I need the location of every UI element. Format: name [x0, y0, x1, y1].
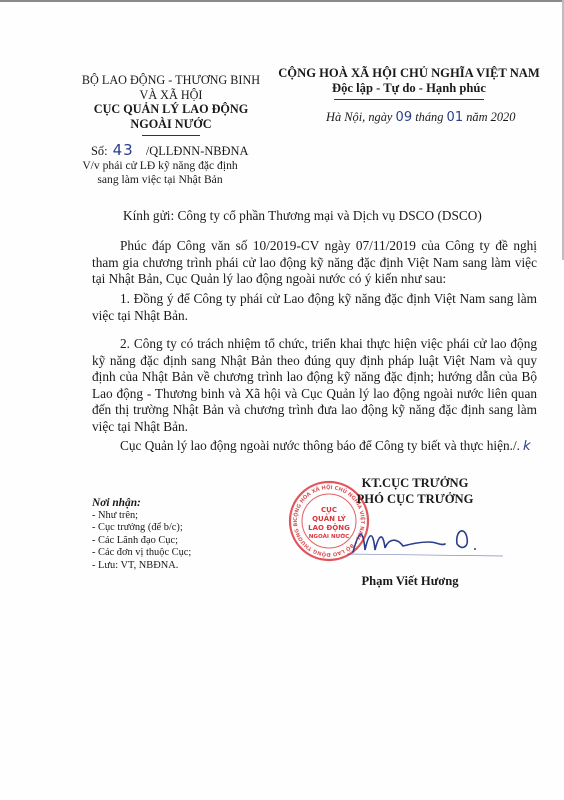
- document-page: BỘ LAO ĐỘNG - THƯƠNG BINH VÀ XÃ HỘI CỤC …: [0, 0, 564, 800]
- date-day-handwritten: 09: [396, 110, 413, 125]
- doc-number-suffix: /QLLĐNN-NBĐNA: [146, 144, 249, 158]
- closing-paragraph: Cục Quản lý lao động ngoài nước thông bá…: [92, 438, 537, 456]
- subject-line: V/v phái cử LĐ kỹ năng đặc định sang làm…: [80, 159, 240, 187]
- signature-title: KT.CỤC TRƯỞNG PHÓ CỤC TRƯỞNG: [330, 476, 500, 507]
- closing-text: Cục Quản lý lao động ngoài nước thông bá…: [120, 438, 520, 453]
- stamp-line-3: LAO ĐỘNG: [308, 523, 350, 532]
- distribution-list: Nơi nhận: - Như trên; - Cục trưởng (để b…: [92, 497, 191, 572]
- distribution-item: - Cục trưởng (để b/c);: [92, 522, 191, 534]
- distribution-item: - Các Lãnh đạo Cục;: [92, 535, 191, 547]
- body-closing: Cục Quản lý lao động ngoài nước thông bá…: [92, 438, 537, 462]
- doc-number-handwritten: 43: [113, 141, 134, 159]
- body-item-2: 2. Công ty có trách nhiệm tổ chức, triển…: [92, 336, 537, 442]
- item-2-paragraph: 2. Công ty có trách nhiệm tổ chức, triển…: [92, 336, 537, 436]
- agency-line-1: CỤC QUẢN LÝ LAO ĐỘNG: [78, 102, 264, 117]
- date-prefix: Hà Nội, ngày: [326, 110, 392, 124]
- signer-name: Phạm Viết Hương: [340, 574, 480, 589]
- document-number: Số: 43 /QLLĐNN-NBĐNA: [91, 141, 248, 159]
- signature-title-line-1: KT.CỤC TRƯỞNG: [330, 476, 500, 492]
- date-month-label: tháng: [415, 110, 443, 124]
- motto-underline: [334, 99, 484, 100]
- signature-title-line-2: PHÓ CỤC TRƯỞNG: [330, 492, 500, 508]
- body-intro: Phúc đáp Công văn số 10/2019-CV ngày 07/…: [92, 238, 537, 294]
- agency-line-2: NGOÀI NƯỚC: [78, 117, 264, 132]
- ministry-line-1: BỘ LAO ĐỘNG - THƯƠNG BINH: [78, 73, 264, 88]
- date-month-handwritten: 01: [447, 110, 464, 125]
- national-motto: Độc lập - Tự do - Hạnh phúc: [278, 81, 540, 96]
- nation-title: CỘNG HOÀ XÃ HỘI CHỦ NGHĨA VIỆT NAM: [278, 66, 540, 81]
- initial-mark: k: [523, 439, 531, 454]
- handwritten-signature-icon: [345, 520, 505, 560]
- intro-paragraph: Phúc đáp Công văn số 10/2019-CV ngày 07/…: [92, 238, 537, 288]
- stamp-line-1: CỤC: [321, 506, 337, 514]
- ministry-line-2: VÀ XÃ HỘI: [78, 88, 264, 103]
- date-line: Hà Nội, ngày 09 tháng 01 năm 2020: [326, 110, 515, 125]
- agency-underline: [142, 135, 200, 136]
- item-1-paragraph: 1. Đồng ý để Công ty phái cử Lao động kỹ…: [92, 291, 537, 324]
- distribution-title: Nơi nhận:: [92, 497, 191, 510]
- subject-line-1: V/v phái cử LĐ kỹ năng đặc định: [80, 159, 240, 173]
- issuing-agency-header: BỘ LAO ĐỘNG - THƯƠNG BINH VÀ XÃ HỘI CỤC …: [78, 73, 264, 136]
- recipient-line: Kính gửi: Công ty cổ phần Thương mại và …: [123, 208, 482, 224]
- national-header: CỘNG HOÀ XÃ HỘI CHỦ NGHĨA VIỆT NAM Độc l…: [278, 66, 540, 100]
- stamp-line-2: QUẢN LÝ: [312, 513, 347, 523]
- distribution-item: - Như trên;: [92, 510, 191, 522]
- scan-edge-top: [0, 0, 562, 2]
- distribution-item: - Các đơn vị thuộc Cục;: [92, 547, 191, 559]
- subject-line-2: sang làm việc tại Nhật Bản: [80, 173, 240, 187]
- doc-number-label: Số:: [91, 144, 108, 158]
- distribution-item: - Lưu: VT, NBĐNA.: [92, 560, 191, 572]
- date-year: năm 2020: [466, 110, 515, 124]
- stamp-line-4: NGOÀI NƯỚC: [309, 533, 350, 540]
- body-item-1: 1. Đồng ý để Công ty phái cử Lao động kỹ…: [92, 291, 537, 330]
